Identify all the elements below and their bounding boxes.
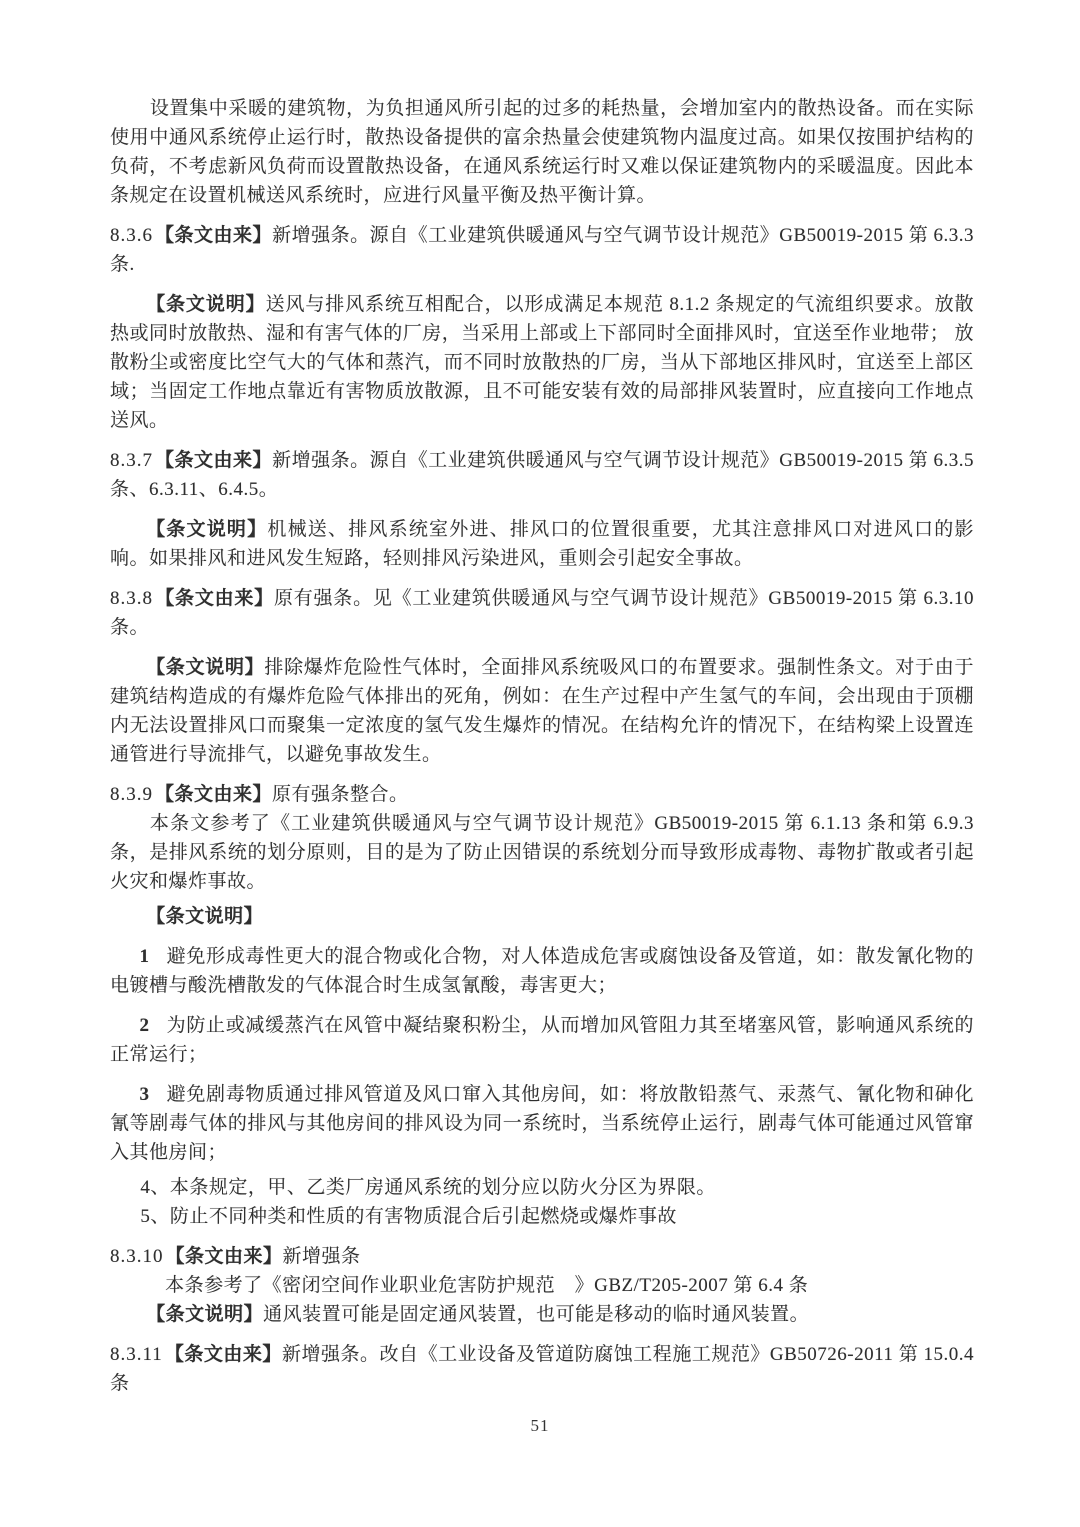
clause-origin-label: 【条文由来】 [155,450,272,471]
list-item-text: 避免形成毒性更大的混合物或化合物，对人体造成危害或腐蚀设备及管道，如：散发氰化物… [110,946,974,996]
clause-note-label: 【条文说明】 [146,906,263,927]
list-item-4: 4、本条规定，甲、乙类厂房通风系统的划分应以防火分区为界限。 [110,1173,974,1202]
clause-note-8-3-7: 【条文说明】机械送、排风系统室外进、排风口的位置很重要，尤其注意排风口对进风口的… [110,515,974,573]
list-item-text: 5、防止不同种类和性质的有害物质混合后引起燃烧或爆炸事故 [140,1206,677,1227]
section-number: 8.3.11 [110,1344,163,1365]
clause-origin-label: 【条文由来】 [166,1246,283,1267]
list-item-2: 2为防止或减缓蒸汽在风管中凝结聚积粉尘，从而增加风管阻力其至堵塞风管，影响通风系… [110,1011,974,1069]
clause-note-8-3-8: 【条文说明】排除爆炸危险性气体时，全面排风系统吸风口的布置要求。强制性条文。对于… [110,653,974,769]
clause-note-label: 【条文说明】 [146,294,265,315]
clause-origin-label: 【条文由来】 [155,225,272,246]
clause-origin-label: 【条文由来】 [155,784,272,805]
list-item-number: 3 [139,1084,149,1105]
paragraph-text: 本条文参考了《工业建筑供暖通风与空气调节设计规范》GB50019-2015 第 … [110,813,974,892]
section-number: 8.3.8 [110,588,153,609]
clause-origin-label: 【条文由来】 [165,1344,282,1365]
list-item-text: 4、本条规定，甲、乙类厂房通风系统的划分应以防火分区为界限。 [140,1177,716,1198]
section-8-3-8: 8.3.8【条文由来】原有强条。见《工业建筑供暖通风与空气调节设计规范》GB50… [110,584,974,642]
list-item-3: 3避免剧毒物质通过排风管道及风口窜入其他房间，如：将放散铅蒸气、汞蒸气、氰化物和… [110,1080,974,1167]
list-item-number: 1 [139,946,149,967]
section-number: 8.3.6 [110,225,153,246]
document-page: 设置集中采暖的建筑物，为负担通风所引起的过多的耗热量，会增加室内的散热设备。而在… [0,0,1080,1527]
section-text: 原有强条整合。 [272,784,409,805]
list-item-text: 为防止或减缓蒸汽在风管中凝结聚积粉尘，从而增加风管阻力其至堵塞风管，影响通风系统… [110,1015,974,1065]
clause-note-8-3-10: 【条文说明】通风装置可能是固定通风装置，也可能是移动的临时通风装置。 [110,1300,974,1329]
list-item-text: 避免剧毒物质通过排风管道及风口窜入其他房间，如：将放散铅蒸气、汞蒸气、氰化物和砷… [110,1084,974,1163]
clause-note-8-3-6: 【条文说明】送风与排风系统互相配合，以形成满足本规范 8.1.2 条规定的气流组… [110,290,974,435]
section-number: 8.3.9 [110,784,153,805]
clause-note-label: 【条文说明】 [146,1304,263,1325]
page-number: 51 [0,1416,1080,1436]
paragraph-8-3-10-ref: 本条参考了《密闭空间作业职业危害防护规范 》GBZ/T205-2007 第 6.… [110,1271,974,1300]
paragraph-8-3-9-ref: 本条文参考了《工业建筑供暖通风与空气调节设计规范》GB50019-2015 第 … [110,809,974,896]
list-item-number: 2 [139,1015,149,1036]
paragraph-intro: 设置集中采暖的建筑物，为负担通风所引起的过多的耗热量，会增加室内的散热设备。而在… [110,94,974,210]
section-8-3-9: 8.3.9【条文由来】原有强条整合。 [110,780,974,809]
paragraph-text: 本条参考了《密闭空间作业职业危害防护规范 》GBZ/T205-2007 第 6.… [165,1275,808,1296]
list-item-1: 1避免形成毒性更大的混合物或化合物，对人体造成危害或腐蚀设备及管道，如：散发氰化… [110,942,974,1000]
list-item-5: 5、防止不同种类和性质的有害物质混合后引起燃烧或爆炸事故 [110,1202,974,1231]
paragraph-text: 设置集中采暖的建筑物，为负担通风所引起的过多的耗热量，会增加室内的散热设备。而在… [110,98,974,206]
clause-note-8-3-9: 【条文说明】 [110,902,974,931]
clause-note-label: 【条文说明】 [146,519,267,540]
document-body: 设置集中采暖的建筑物，为负担通风所引起的过多的耗热量，会增加室内的散热设备。而在… [110,94,974,1398]
section-text: 新增强条 [283,1246,361,1267]
section-8-3-6: 8.3.6【条文由来】新增强条。源自《工业建筑供暖通风与空气调节设计规范》GB5… [110,221,974,279]
section-8-3-11: 8.3.11【条文由来】新增强条。改自《工业设备及管道防腐蚀工程施工规范》GB5… [110,1340,974,1398]
section-number: 8.3.10 [110,1246,164,1267]
section-8-3-10: 8.3.10【条文由来】新增强条 [110,1242,974,1271]
clause-origin-label: 【条文由来】 [155,588,274,609]
clause-note-label: 【条文说明】 [146,657,264,678]
section-8-3-7: 8.3.7【条文由来】新增强条。源自《工业建筑供暖通风与空气调节设计规范》GB5… [110,446,974,504]
clause-note-text: 通风装置可能是固定通风装置，也可能是移动的临时通风装置。 [263,1304,809,1325]
section-number: 8.3.7 [110,450,153,471]
